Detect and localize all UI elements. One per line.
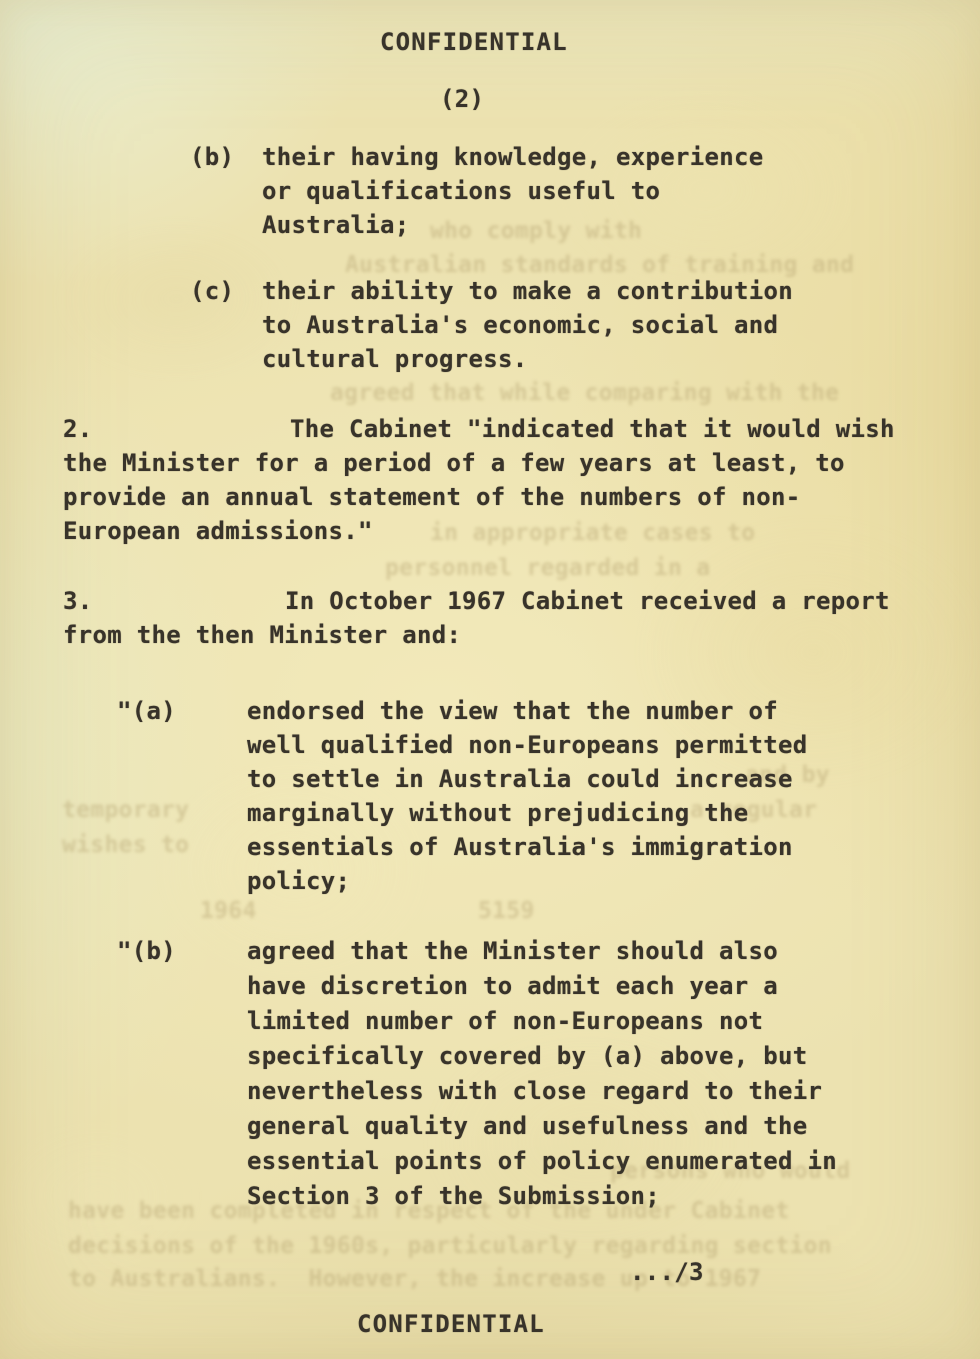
paragraph-2-number: 2. <box>63 415 93 443</box>
list-item-c-line: to Australia's economic, social and <box>262 311 778 339</box>
classification-banner-top: CONFIDENTIAL <box>380 28 568 56</box>
quoted-item-a-line: policy; <box>247 867 350 895</box>
paragraph-2-line: The Cabinet "indicated that it would wis… <box>290 415 895 443</box>
quoted-item-a-line: essentials of Australia's immigration <box>247 833 793 861</box>
bleed-through-line: 5159 <box>478 898 535 924</box>
list-item-b-line: Australia; <box>262 211 410 239</box>
bleed-through-line: who comply with <box>430 218 642 244</box>
list-item-b-label: (b) <box>190 143 234 171</box>
bleed-through-line: 1964 <box>200 898 257 924</box>
list-item-b-line: or qualifications useful to <box>262 177 660 205</box>
paragraph-2-line: provide an annual statement of the numbe… <box>63 483 800 511</box>
quoted-item-a-line: to settle in Australia could increase <box>247 765 793 793</box>
quoted-item-b-line: essential points of policy enumerated in <box>247 1147 837 1175</box>
quoted-item-b-line: specifically covered by (a) above, but <box>247 1042 807 1070</box>
bleed-through-line: Australian standards of training and <box>345 252 854 278</box>
list-item-c-label: (c) <box>190 277 234 305</box>
quoted-item-b-line: agreed that the Minister should also <box>247 937 778 965</box>
list-item-c-line: cultural progress. <box>262 345 528 373</box>
classification-banner-bottom: CONFIDENTIAL <box>357 1310 545 1338</box>
bleed-through-line: in appropriate cases to <box>430 520 755 546</box>
scanned-document-page: { "page": { "classification_top": "CONFI… <box>0 0 980 1359</box>
quoted-item-b-line: have discretion to admit each year a <box>247 972 778 1000</box>
bleed-through-line: agreed that while comparing with the <box>330 380 839 406</box>
quoted-item-b-line: general quality and usefulness and the <box>247 1112 807 1140</box>
quoted-item-b-line: limited number of non-Europeans not <box>247 1007 763 1035</box>
paragraph-3-number: 3. <box>63 587 93 615</box>
quoted-item-a-label: "(a) <box>117 697 176 725</box>
paragraph-2-line: European admissions." <box>63 517 373 545</box>
bleed-through-line: personnel regarded in a <box>385 555 710 581</box>
list-item-b-line: their having knowledge, experience <box>262 143 763 171</box>
paragraph-3-line: from the then Minister and: <box>63 621 461 649</box>
list-item-c-line: their ability to make a contribution <box>262 277 793 305</box>
quoted-item-a-line: marginally without prejudicing the <box>247 799 748 827</box>
continuation-mark: .../3 <box>630 1258 704 1286</box>
quoted-item-b-label: "(b) <box>117 937 176 965</box>
bleed-through-line: temporary <box>62 797 189 823</box>
quoted-item-b-line: Section 3 of the Submission; <box>247 1182 660 1210</box>
bleed-through-line: wishes to <box>62 832 189 858</box>
quoted-item-a-line: well qualified non-Europeans permitted <box>247 731 807 759</box>
paragraph-2-line: the Minister for a period of a few years… <box>63 449 845 477</box>
quoted-item-a-line: endorsed the view that the number of <box>247 697 778 725</box>
quoted-item-b-line: nevertheless with close regard to their <box>247 1077 822 1105</box>
bleed-through-line: decisions of the 1960s, particularly reg… <box>68 1233 832 1259</box>
page-number: (2) <box>440 85 484 113</box>
paragraph-3-line: In October 1967 Cabinet received a repor… <box>285 587 890 615</box>
